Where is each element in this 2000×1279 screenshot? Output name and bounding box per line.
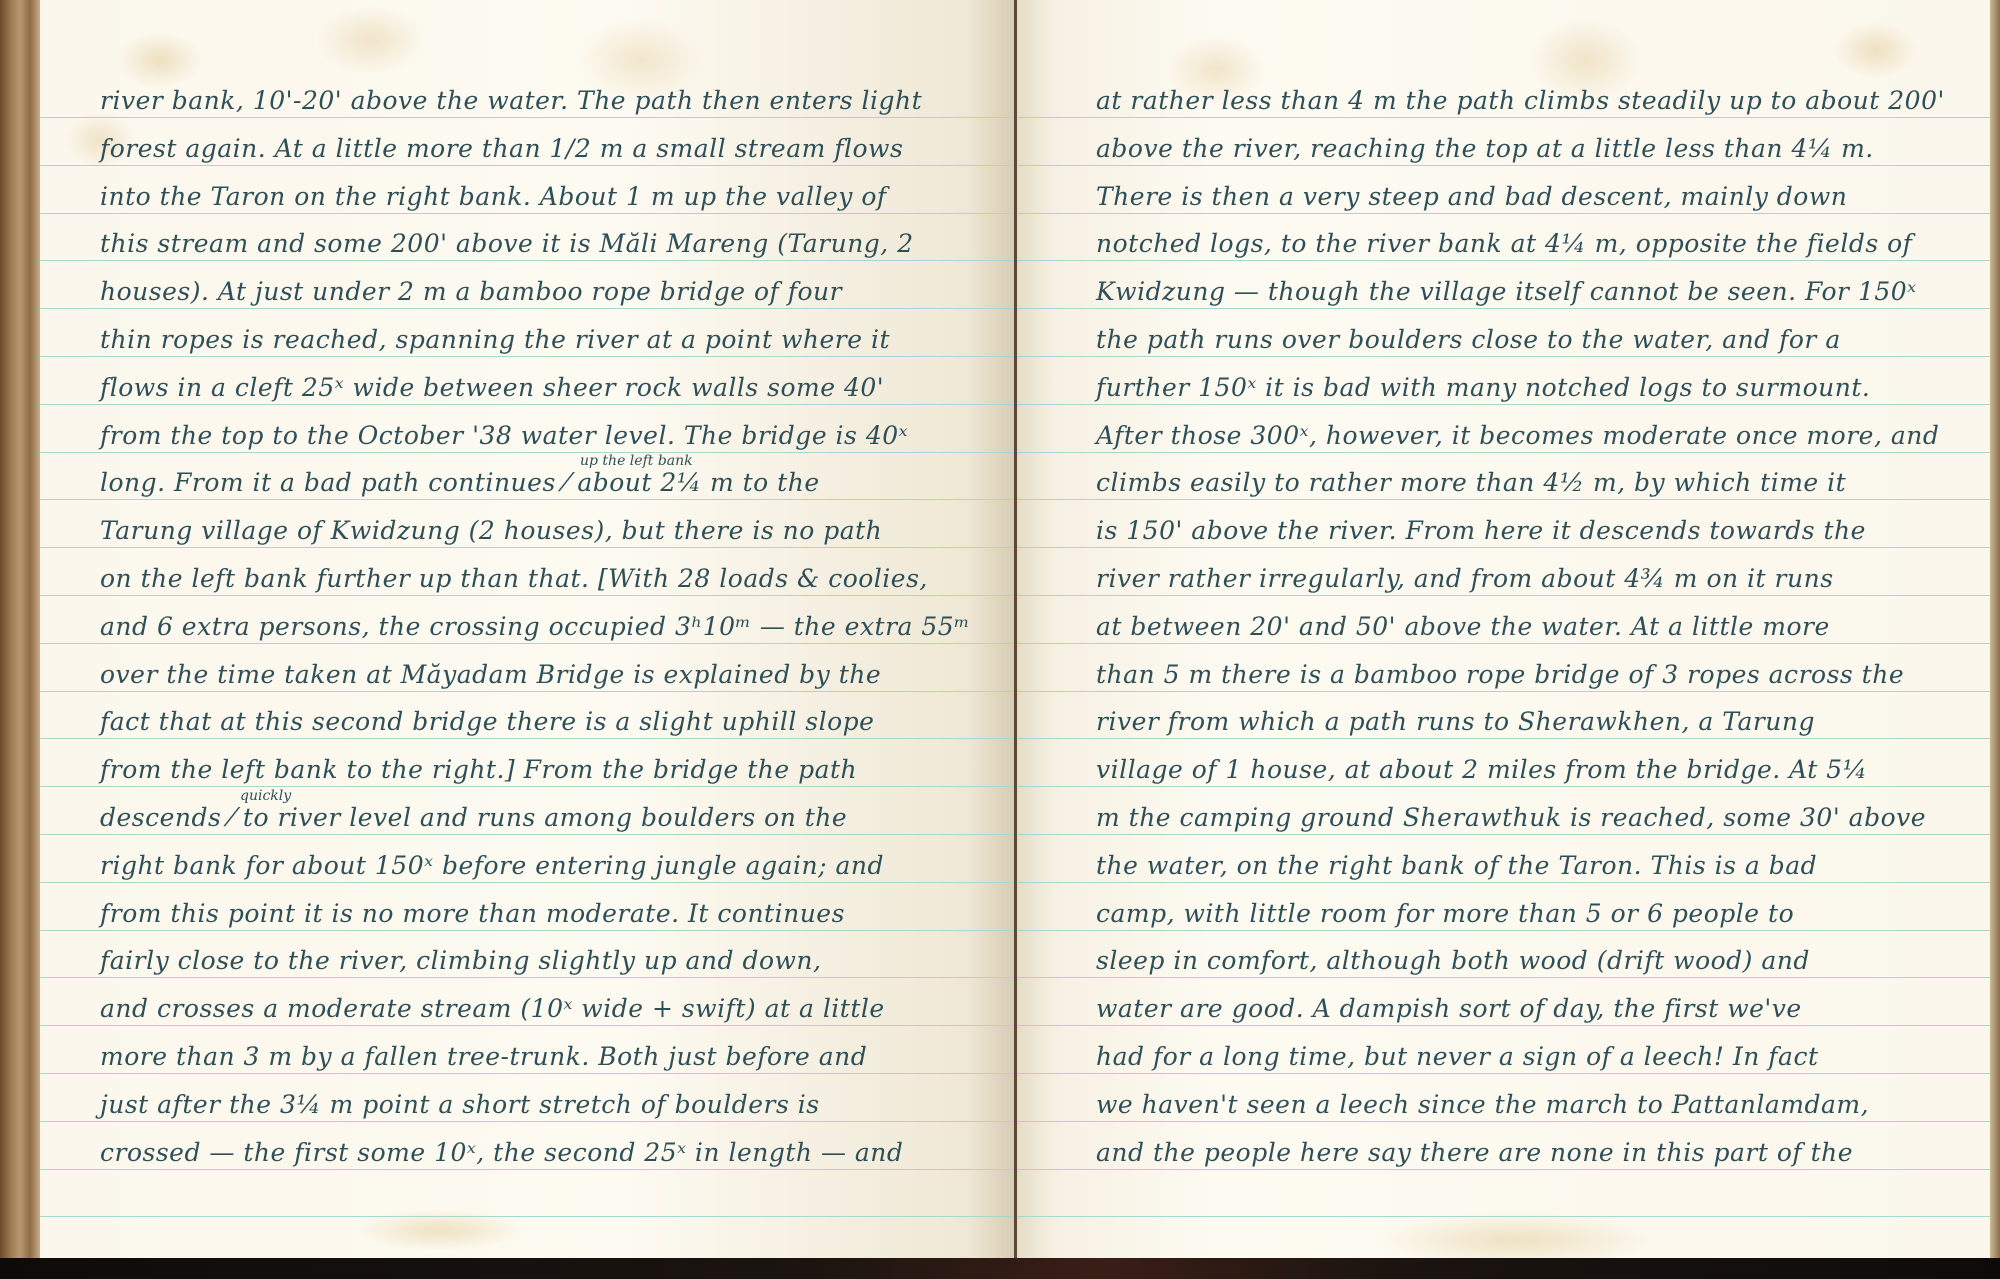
ruled-line	[1016, 882, 1990, 883]
handwritten-line: the path runs over boulders close to the…	[1096, 325, 1841, 354]
ruled-line	[40, 643, 1016, 644]
right-page-text: at rather less than 4 m the path climbs …	[1016, 0, 1990, 1258]
ruled-line	[1016, 260, 1990, 261]
handwritten-line: the water, on the right bank of the Taro…	[1096, 851, 1817, 880]
ruled-line	[1016, 117, 1990, 118]
handwritten-line: and crosses a moderate stream (10ˣ wide …	[100, 994, 885, 1023]
handwritten-line: this stream and some 200' above it is Mă…	[100, 229, 914, 258]
handwritten-line: fact that at this second bridge there is…	[100, 707, 874, 736]
ruled-line	[40, 691, 1016, 692]
ruled-line	[1016, 404, 1990, 405]
ruled-line	[40, 547, 1016, 548]
handwritten-line: river rather irregularly, and from about…	[1096, 564, 1834, 593]
ruled-line	[40, 595, 1016, 596]
handwritten-line: descends ⁄ to river level and runs among…	[100, 803, 847, 832]
handwritten-line: at rather less than 4 m the path climbs …	[1096, 86, 1945, 115]
ruled-line	[40, 499, 1016, 500]
handwritten-line: is 150' above the river. From here it de…	[1096, 516, 1866, 545]
handwritten-line: fairly close to the river, climbing slig…	[100, 946, 821, 975]
ruled-line	[40, 786, 1016, 787]
handwritten-line: and 6 extra persons, the crossing occupi…	[100, 612, 970, 641]
ruled-line	[40, 213, 1016, 214]
ruled-line	[40, 834, 1016, 835]
handwritten-line: Kwidzung — though the village itself can…	[1096, 277, 1917, 306]
book-edge-left	[0, 0, 40, 1258]
handwritten-line: sleep in comfort, although both wood (dr…	[1096, 946, 1810, 975]
ruled-line	[40, 308, 1016, 309]
ruled-line	[1016, 1169, 1990, 1170]
handwritten-line: into the Taron on the right bank. About …	[100, 182, 887, 211]
handwritten-line: notched logs, to the river bank at 4¼ m,…	[1096, 229, 1912, 258]
handwritten-line: than 5 m there is a bamboo rope bridge o…	[1096, 660, 1904, 689]
ruled-line	[40, 356, 1016, 357]
handwritten-line: we haven't seen a leech since the march …	[1096, 1090, 1869, 1119]
handwritten-line: just after the 3¼ m point a short stretc…	[100, 1090, 820, 1119]
ruled-line	[1016, 499, 1990, 500]
handwritten-line: right bank for about 150ˣ before enterin…	[100, 851, 884, 880]
ruled-line	[1016, 643, 1990, 644]
handwritten-line: more than 3 m by a fallen tree-trunk. Bo…	[100, 1042, 867, 1071]
ruled-line	[40, 452, 1016, 453]
handwritten-line: Tarung village of Kwidzung (2 houses), b…	[100, 516, 882, 545]
handwritten-line: village of 1 house, at about 2 miles fro…	[1096, 755, 1867, 784]
handwritten-line: houses). At just under 2 m a bamboo rope…	[100, 277, 842, 306]
ruled-line	[1016, 1025, 1990, 1026]
ruled-line	[1016, 308, 1990, 309]
ruled-line	[1016, 691, 1990, 692]
handwritten-line: climbs easily to rather more than 4½ m, …	[1096, 468, 1846, 497]
handwritten-line: from the left bank to the right.] From t…	[100, 755, 857, 784]
ruled-line	[1016, 452, 1990, 453]
ruled-line	[40, 1121, 1016, 1122]
ruled-line	[40, 1025, 1016, 1026]
handwritten-line: water are good. A dampish sort of day, t…	[1096, 994, 1802, 1023]
handwritten-line: on the left bank further up than that. […	[100, 564, 928, 593]
handwritten-line: There is then a very steep and bad desce…	[1096, 182, 1847, 211]
interlinear-insertion: quickly	[240, 788, 291, 804]
ruled-line	[1016, 547, 1990, 548]
ruled-line	[40, 977, 1016, 978]
book-spine	[1014, 0, 1017, 1258]
ruled-line	[1016, 1073, 1990, 1074]
handwritten-line: crossed — the first some 10ˣ, the second…	[100, 1138, 903, 1167]
ruled-line	[1016, 834, 1990, 835]
handwritten-line: river bank, 10'-20' above the water. The…	[100, 86, 922, 115]
handwritten-line: long. From it a bad path continues ⁄ abo…	[100, 468, 820, 497]
ruled-line	[40, 738, 1016, 739]
ruled-line	[40, 260, 1016, 261]
right-page: at rather less than 4 m the path climbs …	[1016, 0, 1990, 1258]
book-edge-right	[1990, 0, 2000, 1258]
ruled-line	[1016, 356, 1990, 357]
handwritten-line: m the camping ground Sherawthuk is reach…	[1096, 803, 1926, 832]
handwritten-line: camp, with little room for more than 5 o…	[1096, 899, 1794, 928]
ruled-line	[40, 882, 1016, 883]
ruled-line	[1016, 1216, 1990, 1217]
handwritten-line: above the river, reaching the top at a l…	[1096, 134, 1874, 163]
ruled-line	[1016, 1121, 1990, 1122]
ruled-line	[40, 1073, 1016, 1074]
ruled-line	[1016, 977, 1990, 978]
handwritten-line: forest again. At a little more than 1/2 …	[100, 134, 903, 163]
ruled-line	[40, 404, 1016, 405]
handwritten-line: flows in a cleft 25ˣ wide between sheer …	[100, 373, 884, 402]
ruled-line	[1016, 738, 1990, 739]
ruled-line	[1016, 930, 1990, 931]
ruled-line	[1016, 165, 1990, 166]
handwritten-line: from this point it is no more than moder…	[100, 899, 845, 928]
ruled-line	[40, 930, 1016, 931]
handwritten-line: After those 300ˣ, however, it becomes mo…	[1096, 421, 1939, 450]
ruled-line	[40, 117, 1016, 118]
ruled-line	[40, 165, 1016, 166]
ruled-line	[1016, 786, 1990, 787]
handwritten-line: further 150ˣ it is bad with many notched…	[1096, 373, 1870, 402]
ruled-line	[1016, 595, 1990, 596]
table-surface	[0, 1258, 2000, 1279]
handwritten-line: over the time taken at Măyadam Bridge is…	[100, 660, 881, 689]
open-notebook: river bank, 10'-20' above the water. The…	[0, 0, 2000, 1258]
handwritten-line: thin ropes is reached, spanning the rive…	[100, 325, 890, 354]
left-page: river bank, 10'-20' above the water. The…	[40, 0, 1016, 1258]
handwritten-line: and the people here say there are none i…	[1096, 1138, 1853, 1167]
ruled-line	[40, 1216, 1016, 1217]
ruled-line	[1016, 213, 1990, 214]
handwritten-line: from the top to the October '38 water le…	[100, 421, 908, 450]
handwritten-line: had for a long time, but never a sign of…	[1096, 1042, 1819, 1071]
handwritten-line: at between 20' and 50' above the water. …	[1096, 612, 1830, 641]
ruled-line	[40, 1169, 1016, 1170]
handwritten-line: river from which a path runs to Sherawkh…	[1096, 707, 1815, 736]
interlinear-insertion: up the left bank	[580, 453, 693, 469]
left-page-text: river bank, 10'-20' above the water. The…	[40, 0, 1016, 1258]
